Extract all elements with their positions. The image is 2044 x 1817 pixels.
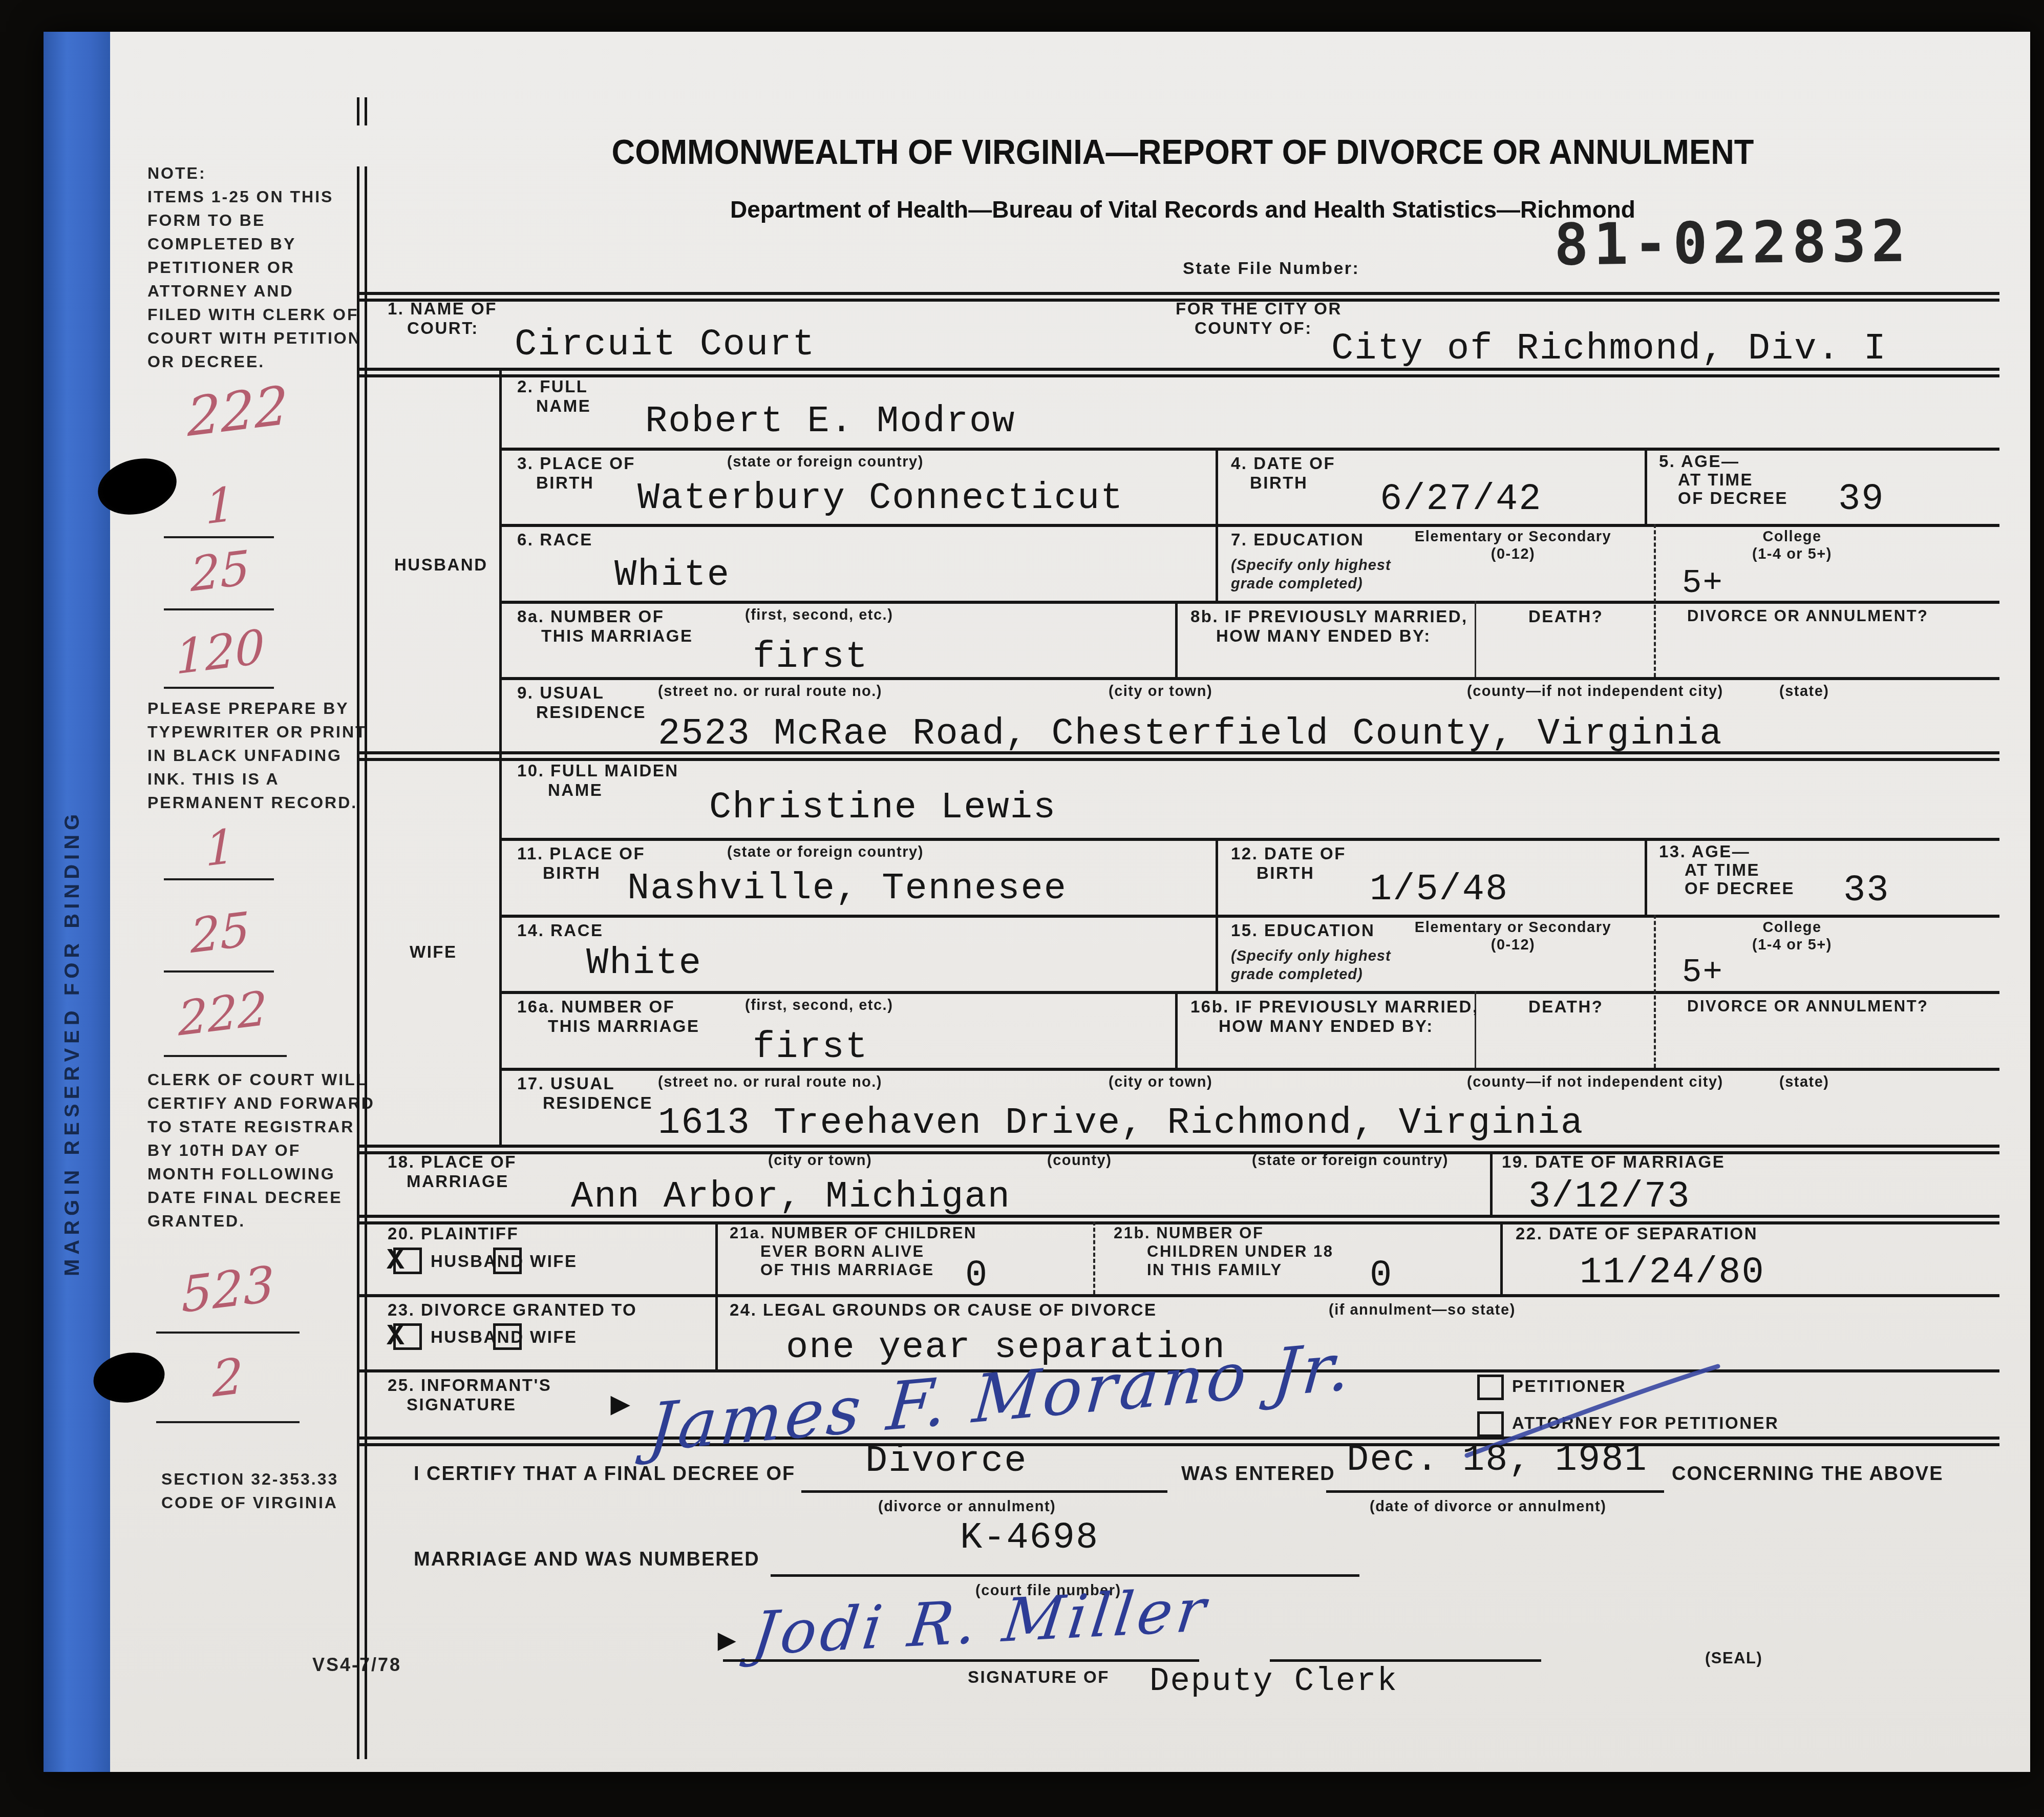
fill-in-line: [801, 1490, 1167, 1493]
rule: [357, 1151, 1999, 1154]
field-7-college-header: College: [1682, 529, 1902, 545]
wife-section-label: WIFE: [410, 942, 457, 962]
margin-note-line: IN BLACK UNFADING: [147, 746, 342, 765]
fraction-line: [164, 608, 274, 610]
handwritten-number: 523: [156, 1252, 300, 1327]
field-21a-label: 21a. NUMBER OF CHILDREN: [730, 1224, 977, 1242]
field-11-sublabel: (state or foreign country): [727, 844, 924, 861]
certify-text: I CERTIFY THAT A FINAL DECREE OF: [414, 1463, 795, 1485]
scanned-divorce-report-document: { "header": { "title": "COMMONWEALTH OF …: [0, 0, 2044, 1817]
was-entered-text: WAS ENTERED: [1181, 1463, 1335, 1485]
field-16b-label2: HOW MANY ENDED BY:: [1219, 1017, 1434, 1036]
field-25-label2: SIGNATURE: [407, 1395, 516, 1414]
field-16b-divorce-label: DIVORCE OR ANNULMENT?: [1687, 997, 1929, 1016]
field-2-value: Robert E. Modrow: [645, 400, 1015, 442]
field-1-court-value: Circuit Court: [515, 324, 816, 366]
rule: [357, 97, 359, 125]
fraction-line: [156, 1332, 300, 1334]
field-15-college-range: (1-4 or 5+): [1682, 937, 1902, 954]
fill-in-line: [1326, 1490, 1664, 1493]
field-9-label: 9. USUAL: [517, 683, 604, 703]
field-19-value: 3/12/73: [1528, 1176, 1690, 1218]
signature-line: [723, 1659, 1199, 1662]
field-9-value: 2523 McRae Road, Chesterfield County, Vi…: [658, 713, 1723, 755]
field-5-label2: AT TIME: [1678, 470, 1753, 490]
margin-note-line: CLERK OF COURT WILL: [147, 1070, 368, 1089]
rule: [357, 1443, 1999, 1446]
field-1-label: 1. NAME OF: [388, 299, 497, 319]
margin-note-line: FORM TO BE: [147, 211, 265, 230]
field-25-label: 25. INFORMANT'S: [388, 1376, 551, 1395]
fraction-line: [164, 687, 274, 689]
binding-margin-text: MARGIN RESERVED FOR BINDING: [61, 662, 84, 1276]
handwritten-number: 1: [166, 472, 274, 540]
field-16b-death-label: DEATH?: [1528, 997, 1603, 1017]
rule: [1500, 1221, 1503, 1294]
field-11-label2: BIRTH: [543, 863, 601, 883]
field-8b-divorce-label: DIVORCE OR ANNULMENT?: [1687, 607, 1929, 625]
field-6-value: White: [614, 554, 730, 596]
field-19-label: 19. DATE OF MARRIAGE: [1502, 1152, 1725, 1172]
margin-note-line: TYPEWRITER OR PRINT: [147, 723, 367, 742]
field-21b-label: 21b. NUMBER OF: [1114, 1224, 1264, 1242]
rule: [1645, 838, 1647, 915]
margin-note-line: FILED WITH CLERK OF: [147, 305, 359, 324]
field-17-label: 17. USUAL: [517, 1074, 615, 1093]
rule: [499, 1068, 1999, 1071]
field-5-label3: OF DECREE: [1678, 489, 1788, 508]
margin-note-line: BY 10TH DAY OF: [147, 1141, 301, 1160]
field-12-value: 1/5/48: [1370, 869, 1508, 911]
field-21b-label3: IN THIS FAMILY: [1147, 1261, 1283, 1279]
dashed-divider: [1093, 1221, 1095, 1294]
rule: [499, 915, 1999, 918]
field-10-label: 10. FULL MAIDEN: [517, 761, 679, 780]
field-7-elementary-header: Elementary or Secondary: [1385, 529, 1641, 545]
field-23-label: 23. DIVORCE GRANTED TO: [388, 1300, 637, 1320]
field-13-value: 33: [1843, 870, 1889, 912]
decree-date-value: Dec. 18, 1981: [1347, 1439, 1648, 1481]
rule: [357, 374, 1999, 377]
field-21b-value: 0: [1370, 1255, 1393, 1297]
field-14-label: 14. RACE: [517, 921, 604, 940]
state-file-number-stamp: 81-022832: [1553, 208, 1911, 278]
page-title: COMMONWEALTH OF VIRGINIA—REPORT OF DIVOR…: [528, 132, 1838, 172]
rule: [357, 1294, 1999, 1297]
field-18-state-sublabel: (state or foreign country): [1252, 1152, 1449, 1169]
field-15-label: 15. EDUCATION: [1231, 921, 1375, 940]
field-17-state-sublabel: (state): [1779, 1074, 1829, 1091]
field-7-college-range: (1-4 or 5+): [1682, 546, 1902, 563]
rule: [499, 371, 502, 1147]
code-section-line: CODE OF VIRGINIA: [161, 1493, 338, 1512]
plaintiff-husband-checkmark: X: [387, 1244, 404, 1278]
granted-husband-checkmark: X: [387, 1320, 404, 1354]
field-18-label: 18. PLACE OF: [388, 1152, 517, 1172]
margin-note-line: DATE FINAL DECREE: [147, 1188, 343, 1207]
field-18-label2: MARRIAGE: [407, 1172, 509, 1191]
concerning-text: CONCERNING THE ABOVE: [1672, 1463, 1944, 1485]
field-1-city-value: City of Richmond, Div. I: [1331, 328, 1887, 370]
margin-note-line: ATTORNEY AND: [147, 282, 294, 301]
field-3-label: 3. PLACE OF: [517, 454, 635, 473]
handwritten-number: 25: [166, 537, 274, 605]
paper-sheet: MARGIN RESERVED FOR BINDING NOTE: ITEMS …: [44, 32, 2030, 1772]
field-15-value: 5+: [1682, 955, 1723, 991]
field-7-value: 5+: [1682, 565, 1723, 602]
marriage-numbered-text: MARRIAGE AND WAS NUMBERED: [414, 1549, 760, 1571]
fraction-line: [164, 1055, 287, 1057]
rule: [499, 677, 1999, 680]
field-4-label2: BIRTH: [1250, 473, 1308, 493]
husband-section-label: HUSBAND: [394, 555, 488, 575]
handwritten-number: 2: [156, 1340, 300, 1415]
field-16a-sublabel: (first, second, etc.): [745, 997, 893, 1014]
signature-of-label: SIGNATURE OF: [968, 1667, 1110, 1687]
field-3-value: Waterbury Connecticut: [637, 477, 1123, 519]
rule: [499, 601, 1999, 604]
field-9-state-sublabel: (state): [1779, 683, 1829, 700]
fraction-line: [164, 970, 274, 973]
plaintiff-wife-label: WIFE: [530, 1252, 577, 1271]
field-8a-value: first: [753, 636, 868, 678]
rule: [357, 166, 359, 1759]
field-7-elementary-range: (0-12): [1385, 546, 1641, 563]
field-4-label: 4. DATE OF: [1231, 454, 1335, 473]
margin-note-line: COURT WITH PETITION: [147, 329, 361, 348]
field-13-label: 13. AGE—: [1659, 842, 1750, 861]
rule: [499, 838, 1999, 841]
field-9-label2: RESIDENCE: [536, 703, 646, 722]
margin-note-line: TO STATE REGISTRAR: [147, 1117, 354, 1136]
field-15-elementary-header: Elementary or Secondary: [1385, 919, 1641, 936]
field-4-value: 6/27/42: [1380, 478, 1542, 520]
field-10-value: Christine Lewis: [709, 787, 1056, 829]
field-2-label2: NAME: [536, 396, 591, 416]
handwritten-number: 25: [166, 899, 274, 967]
field-22-label: 22. DATE OF SEPARATION: [1516, 1224, 1758, 1243]
margin-note-line: OR DECREE.: [147, 352, 265, 371]
field-15-note: (Specify only highest: [1231, 948, 1391, 965]
field-7-note2: grade completed): [1231, 576, 1363, 593]
margin-note-line: GRANTED.: [147, 1212, 245, 1231]
field-3-sublabel: (state or foreign country): [727, 454, 924, 471]
decree-type-sublabel: (divorce or annulment): [878, 1498, 1056, 1515]
field-20-label: 20. PLAINTIFF: [388, 1224, 519, 1243]
field-16a-label2: THIS MARRIAGE: [548, 1017, 700, 1036]
granted-wife-checkbox: [493, 1323, 522, 1350]
field-13-label3: OF DECREE: [1685, 879, 1795, 898]
rule: [357, 1436, 1999, 1440]
rule: [357, 1145, 1999, 1148]
rule: [1216, 448, 1218, 601]
field-18-value: Ann Arbor, Michigan: [571, 1176, 1011, 1218]
decree-type-value: Divorce: [865, 1440, 1027, 1482]
field-17-value: 1613 Treehaven Drive, Richmond, Virginia: [658, 1102, 1584, 1144]
field-15-college-header: College: [1682, 919, 1902, 936]
field-18-county-sublabel: (county): [1047, 1152, 1112, 1169]
rule: [499, 448, 1999, 451]
code-section-line: SECTION 32-353.33: [161, 1470, 338, 1489]
fraction-line: [164, 536, 274, 538]
field-8a-label2: THIS MARRIAGE: [541, 626, 693, 646]
signature-line: [1270, 1659, 1541, 1662]
fill-in-line: [771, 1574, 1359, 1577]
field-21b-label2: CHILDREN UNDER 18: [1147, 1242, 1334, 1261]
field-24-label: 24. LEGAL GROUNDS OR CAUSE OF DIVORCE: [730, 1300, 1157, 1320]
margin-note-line: NOTE:: [147, 164, 206, 183]
field-8a-label: 8a. NUMBER OF: [517, 607, 664, 626]
field-18-city-sublabel: (city or town): [768, 1152, 872, 1169]
field-12-label2: BIRTH: [1257, 863, 1314, 883]
margin-note-line: INK. THIS IS A: [147, 770, 280, 789]
margin-note-line: PETITIONER OR: [147, 258, 295, 277]
field-8b-label2: HOW MANY ENDED BY:: [1216, 626, 1431, 646]
field-1-label2: COURT:: [407, 319, 479, 338]
margin-note-line: PLEASE PREPARE BY: [147, 699, 349, 718]
field-8b-death-label: DEATH?: [1528, 607, 1603, 626]
field-17-label2: RESIDENCE: [543, 1093, 653, 1113]
field-21a-label2: EVER BORN ALIVE: [760, 1242, 925, 1261]
field-5-value: 39: [1838, 478, 1884, 520]
field-24-sublabel: (if annulment—so state): [1329, 1302, 1516, 1319]
field-17-city-sublabel: (city or town): [1109, 1074, 1212, 1091]
handwritten-number: 222: [161, 979, 284, 1049]
rule: [499, 991, 1999, 994]
field-2-label: 2. FULL: [517, 377, 588, 396]
dashed-divider: [1654, 915, 1656, 1068]
field-1-city-label: FOR THE CITY OR: [1176, 299, 1342, 319]
margin-note-line: CERTIFY AND FORWARD: [147, 1094, 375, 1113]
field-12-label: 12. DATE OF: [1231, 844, 1346, 863]
rule: [1475, 601, 1476, 677]
field-9-city-sublabel: (city or town): [1109, 683, 1212, 700]
state-file-number-label: State File Number:: [1183, 259, 1359, 279]
field-16a-value: first: [753, 1026, 868, 1068]
handwritten-number: 222: [187, 374, 289, 449]
field-1-city-label2: COUNTY OF:: [1195, 319, 1312, 338]
field-11-label: 11. PLACE OF: [517, 844, 645, 863]
field-9-street-sublabel: (street no. or rural route no.): [658, 683, 882, 700]
margin-note-line: MONTH FOLLOWING: [147, 1165, 335, 1184]
rule: [499, 524, 1999, 527]
margin-note-line: COMPLETED BY: [147, 235, 296, 253]
field-3-label2: BIRTH: [536, 473, 594, 493]
plaintiff-wife-checkbox: [493, 1248, 522, 1274]
margin-note-line: PERMANENT RECORD.: [147, 793, 357, 812]
rule: [357, 292, 1999, 295]
margin-note-line: ITEMS 1-25 ON THIS: [147, 187, 333, 206]
decree-date-sublabel: (date of divorce or annulment): [1370, 1498, 1606, 1515]
field-5-label: 5. AGE—: [1659, 452, 1739, 471]
rule: [1175, 601, 1178, 677]
rule: [365, 97, 367, 125]
field-21a-value: 0: [965, 1255, 988, 1297]
clerk-signature: Jodi R. Miller: [749, 1575, 1213, 1669]
field-15-note2: grade completed): [1231, 966, 1363, 983]
field-7-label: 7. EDUCATION: [1231, 530, 1364, 550]
field-21a-label3: OF THIS MARRIAGE: [760, 1261, 934, 1279]
rule: [365, 166, 367, 1759]
arrow-right-icon: ►: [712, 1622, 742, 1658]
arrow-right-icon: ►: [604, 1385, 636, 1423]
rule: [1645, 448, 1647, 524]
rule: [715, 1221, 718, 1369]
fraction-line: [156, 1421, 300, 1423]
dashed-divider: [1654, 524, 1656, 677]
field-15-elementary-range: (0-12): [1385, 937, 1641, 954]
field-8b-label: 8b. IF PREVIOUSLY MARRIED,: [1190, 607, 1468, 626]
handwritten-number: 1: [166, 814, 274, 882]
field-16a-label: 16a. NUMBER OF: [517, 997, 675, 1017]
field-9-county-sublabel: (county—if not independent city): [1467, 683, 1723, 700]
field-22-value: 11/24/80: [1580, 1252, 1765, 1294]
rule: [1490, 1151, 1493, 1215]
signer-title-value: Deputy Clerk: [1149, 1663, 1398, 1700]
field-17-street-sublabel: (street no. or rural route no.): [658, 1074, 882, 1091]
rule: [1175, 991, 1178, 1068]
field-6-label: 6. RACE: [517, 530, 593, 550]
granted-wife-label: WIFE: [530, 1327, 577, 1347]
court-file-number-value: K-4698: [960, 1517, 1099, 1559]
field-11-value: Nashville, Tennesee: [627, 868, 1067, 910]
field-14-value: White: [586, 942, 702, 984]
field-13-label2: AT TIME: [1685, 860, 1760, 880]
seal-label: (SEAL): [1705, 1649, 1762, 1667]
fraction-line: [164, 878, 274, 880]
handwritten-number: 120: [166, 618, 274, 686]
field-17-county-sublabel: (county—if not independent city): [1467, 1074, 1723, 1091]
field-8a-sublabel: (first, second, etc.): [745, 607, 893, 624]
field-16b-label: 16b. IF PREVIOUSLY MARRIED,: [1190, 997, 1479, 1017]
field-10-label2: NAME: [548, 780, 603, 800]
field-7-note: (Specify only highest: [1231, 557, 1391, 574]
rule: [1216, 838, 1218, 991]
